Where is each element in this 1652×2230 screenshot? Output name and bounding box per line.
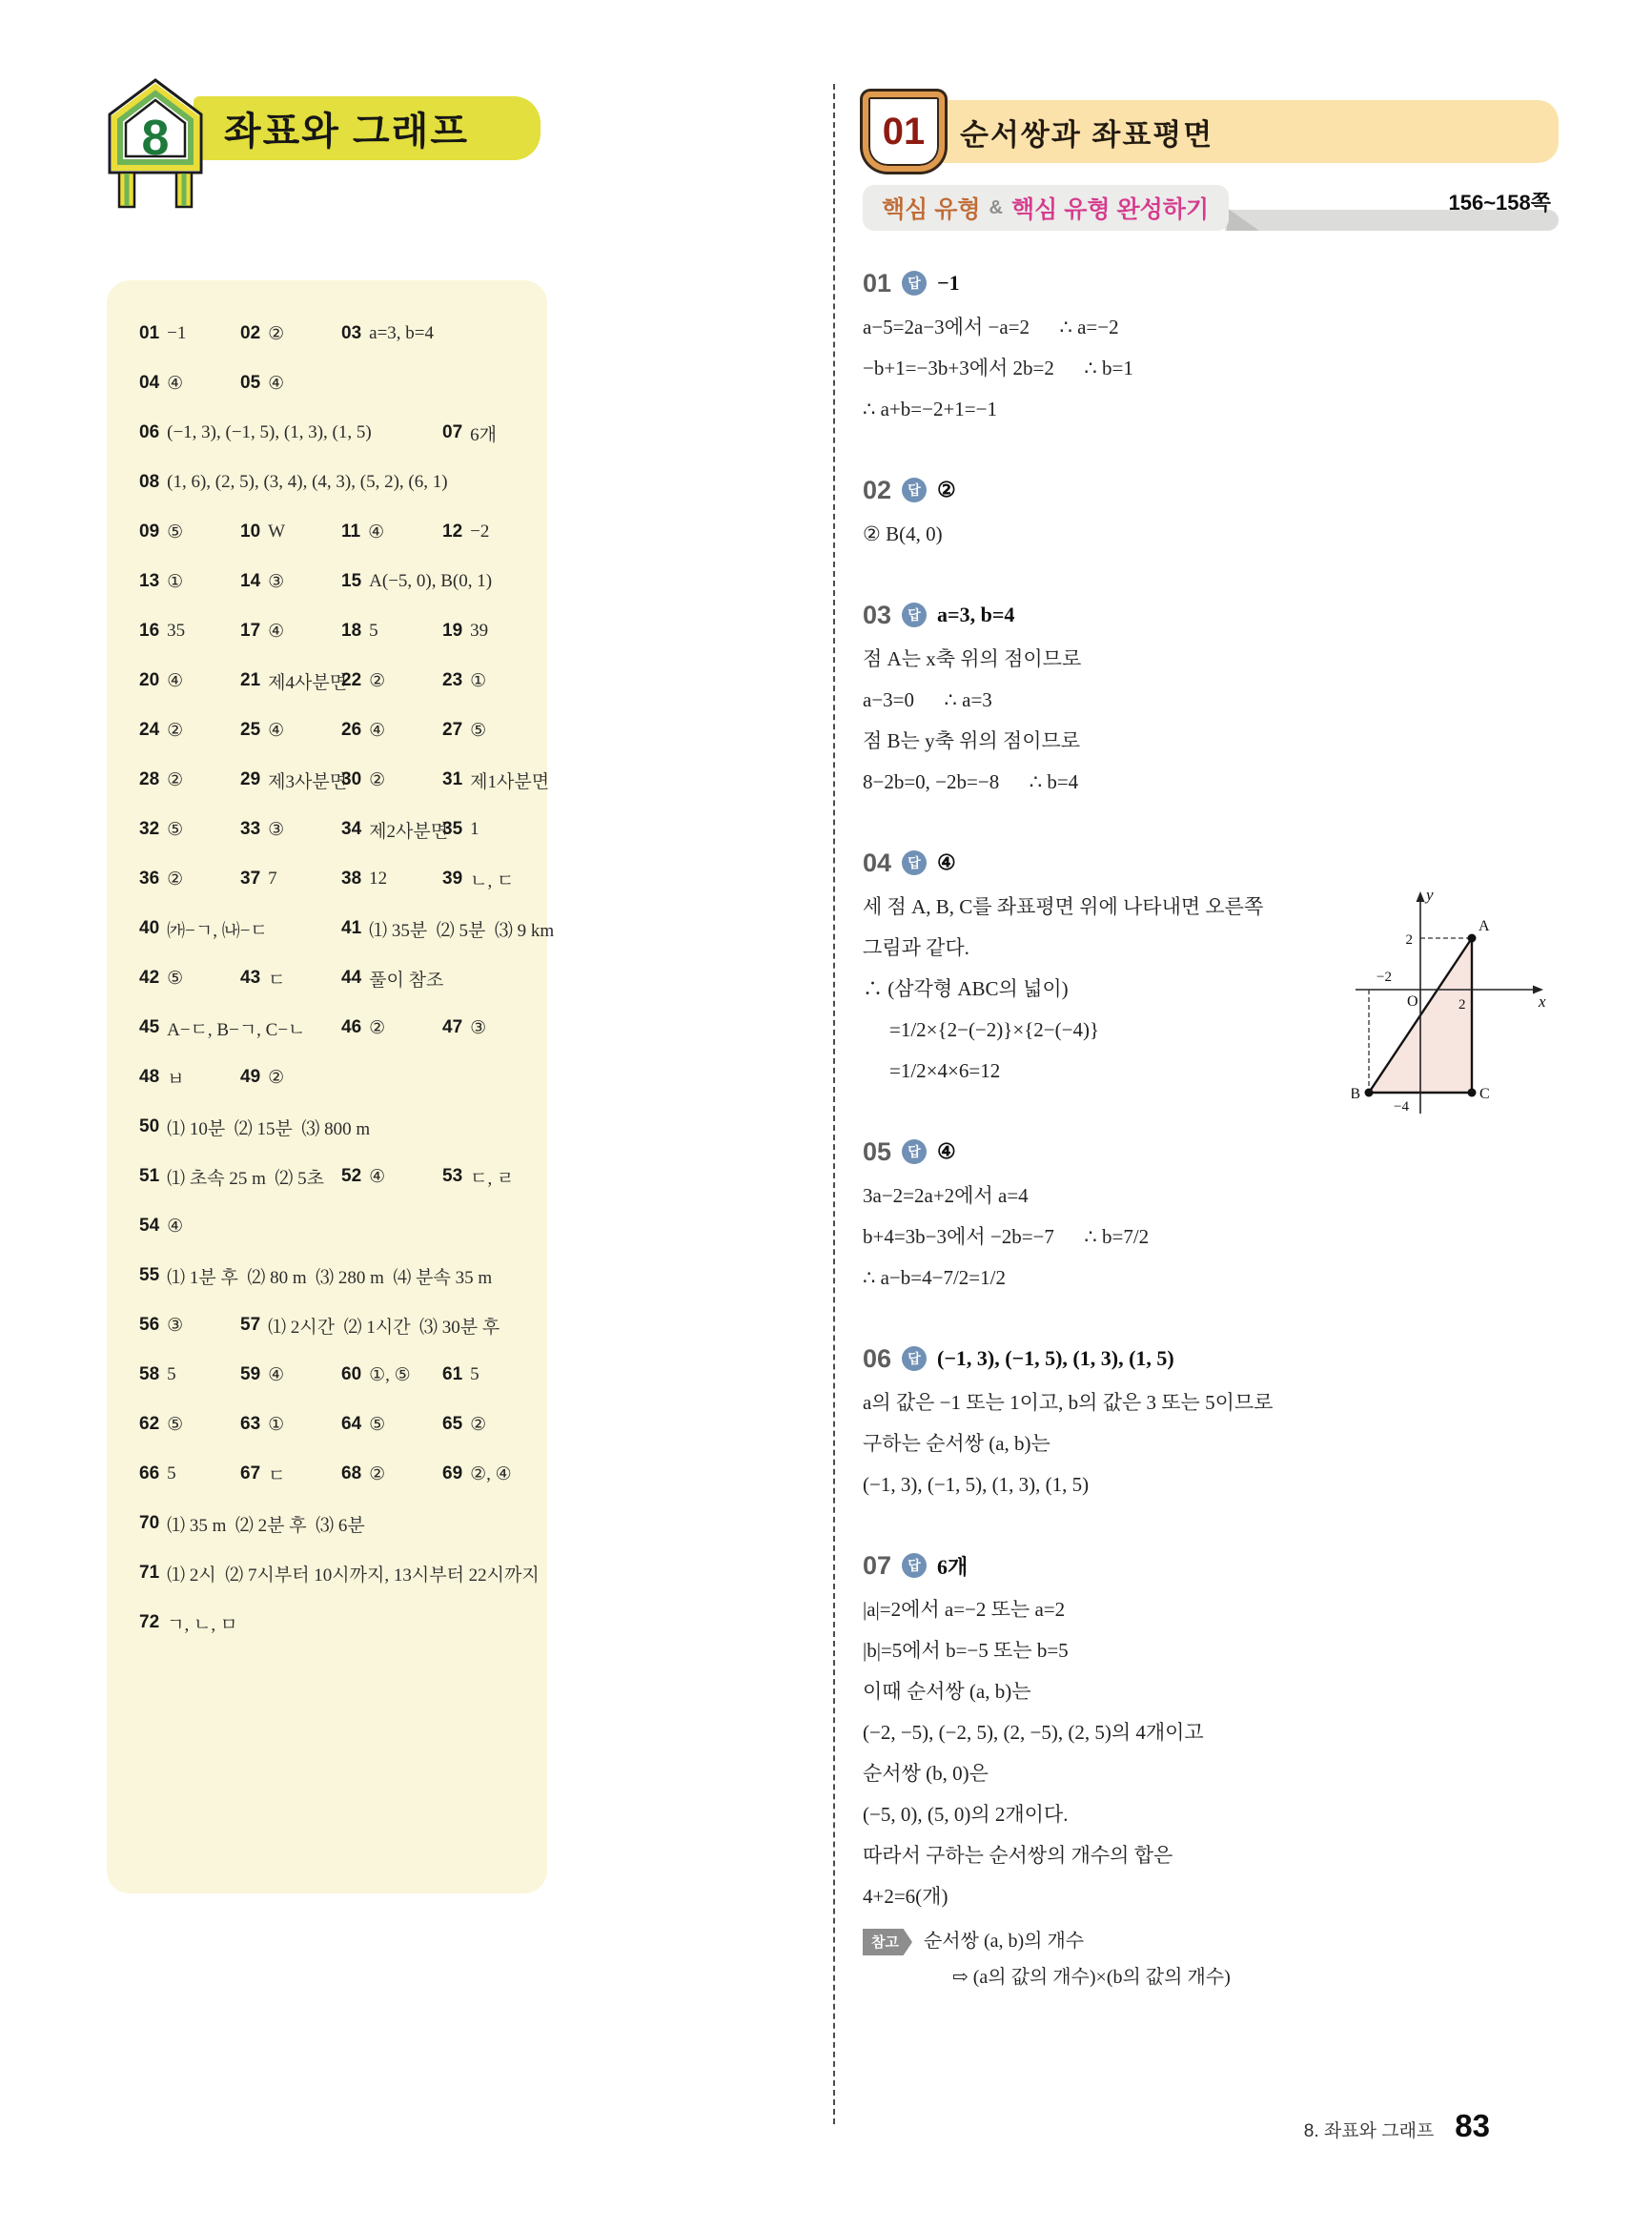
note-line: 순서쌍 (a, b)의 개수 <box>924 1923 1231 1959</box>
answer-item: 71 ⑴ 2시 ⑵ 7시부터 10시까지, 13시부터 22시까지 <box>139 1548 543 1598</box>
solution-head: 02 답 ② <box>863 474 1559 506</box>
answer-item: 11 ④ <box>341 507 442 557</box>
answer-value: ④ <box>167 1216 183 1238</box>
answer-value: ⑴ 초속 25 m ⑵ 5초 <box>167 1164 324 1190</box>
final-answer: a=3, b=4 <box>937 603 1014 627</box>
answer-value: ④ <box>268 720 284 742</box>
answer-value: 제3사분면 <box>268 767 347 793</box>
answer-number: 60 <box>341 1364 361 1385</box>
solution-line: (−2, −5), (−2, 5), (2, −5), (2, 5)의 4개이고 <box>863 1712 1559 1753</box>
answer-item: 66 5 <box>139 1449 240 1499</box>
label-b: B <box>1352 1086 1360 1102</box>
answer-item: 41 ⑴ 35분 ⑵ 5분 ⑶ 9 km <box>341 904 543 953</box>
solution-line: 이때 순서쌍 (a, b)는 <box>863 1671 1559 1712</box>
problem-number: 06 <box>863 1344 891 1374</box>
answer-badge: 답 <box>902 271 927 296</box>
answer-item: 59 ④ <box>240 1350 341 1400</box>
answer-value: ② <box>167 869 183 890</box>
answer-number: 13 <box>139 571 159 592</box>
answer-number: 39 <box>442 869 462 890</box>
answer-value: ⑴ 2시 ⑵ 7시부터 10시까지, 13시부터 22시까지 <box>167 1561 540 1586</box>
answer-item: 55 ⑴ 1분 후 ⑵ 80 m ⑶ 280 m ⑷ 분속 35 m <box>139 1251 543 1300</box>
answer-number: 02 <box>240 323 260 344</box>
answer-item: 14 ③ <box>240 557 341 606</box>
problem-number: 07 <box>863 1551 891 1581</box>
answer-item: 16 35 <box>139 606 240 656</box>
answer-number: 57 <box>240 1315 260 1336</box>
answer-item: 48 ㅂ <box>139 1053 240 1102</box>
answer-item: 22 ② <box>341 656 442 706</box>
point-b <box>1365 1089 1374 1097</box>
answer-item: 28 ② <box>139 755 240 805</box>
answer-item: 68 ② <box>341 1449 442 1499</box>
answer-value: ④ <box>167 670 183 692</box>
answer-value: ② <box>369 1017 385 1039</box>
answer-number: 44 <box>341 968 361 989</box>
answer-value: ㄷ <box>268 1462 285 1487</box>
answer-number: 05 <box>240 373 260 394</box>
answer-number: 69 <box>442 1463 462 1484</box>
answer-item: 36 ② <box>139 854 240 904</box>
answer-item: 23 ① <box>442 656 543 706</box>
answer-value: ② <box>167 769 183 791</box>
solution-head: 03 답 a=3, b=4 <box>863 599 1559 631</box>
answer-number: 45 <box>139 1017 159 1038</box>
answer-item: 17 ④ <box>240 606 341 656</box>
solution-01: 01 답 −1 a−5=2a−3에서 −a=2 ∴ a=−2−b+1=−3b+3… <box>863 267 1559 430</box>
answer-value: ①, ⑤ <box>369 1364 411 1386</box>
answer-value: 제2사분면 <box>369 817 448 843</box>
answer-number: 08 <box>139 472 159 493</box>
answer-number: 29 <box>240 769 260 790</box>
page-footer: 8. 좌표와 그래프 83 <box>1304 2108 1490 2144</box>
answer-value: −1 <box>167 323 186 344</box>
solutions-list: 01 답 −1 a−5=2a−3에서 −a=2 ∴ a=−2−b+1=−3b+3… <box>863 267 1559 1995</box>
answer-item: 30 ② <box>341 755 442 805</box>
solution-head: 07 답 6개 <box>863 1549 1559 1582</box>
answer-item: 46 ② <box>341 1003 442 1053</box>
answer-value: ② <box>268 323 284 345</box>
answer-value: ⑤ <box>167 968 183 990</box>
answer-number: 07 <box>442 422 462 443</box>
answer-number: 42 <box>139 968 159 989</box>
footer-chapter-title: 8. 좌표와 그래프 <box>1304 2117 1435 2142</box>
answer-item: 49 ② <box>240 1053 543 1102</box>
answer-item: 53 ㄷ, ㄹ <box>442 1152 543 1201</box>
answers-grid: 01 −1 02 ② 03 a=3, b=4 04 ④ <box>139 309 545 1647</box>
answer-value: ㅂ <box>167 1065 184 1091</box>
answer-number: 19 <box>442 621 462 642</box>
type-bar: 핵심 유형 & 핵심 유형 완성하기 156~158쪽 <box>863 185 1559 231</box>
tick-x2: 2 <box>1458 997 1466 1013</box>
answer-item: 42 ⑤ <box>139 953 240 1003</box>
answer-item: 51 ⑴ 초속 25 m ⑵ 5초 <box>139 1152 341 1201</box>
answer-number: 16 <box>139 621 159 642</box>
answer-item: 47 ③ <box>442 1003 543 1053</box>
answer-value: ④ <box>369 1166 385 1188</box>
answer-number: 18 <box>341 621 361 642</box>
answer-item: 01 −1 <box>139 309 240 358</box>
answer-item: 69 ②, ④ <box>442 1449 543 1499</box>
answer-number: 52 <box>341 1166 361 1187</box>
answer-number: 65 <box>442 1414 462 1435</box>
answer-item: 13 ① <box>139 557 240 606</box>
answer-value: ⑴ 35분 ⑵ 5분 ⑶ 9 km <box>369 916 554 942</box>
answer-item: 21 제4사분면 <box>240 656 341 706</box>
solution-line: a−3=0 ∴ a=3 <box>863 680 1559 721</box>
answer-number: 17 <box>240 621 260 642</box>
answer-item: 25 ④ <box>240 706 341 755</box>
solution-07: 07 답 6개 |a|=2에서 a=−2 또는 a=2|b|=5에서 b=−5 … <box>863 1549 1559 1995</box>
answer-number: 32 <box>139 819 159 840</box>
type-label-core: 핵심 유형 <box>882 191 981 225</box>
answer-number: 28 <box>139 769 159 790</box>
solution-line: b+4=3b−3에서 −2b=−7 ∴ b=7/2 <box>863 1217 1559 1258</box>
solution-line: ∴ (삼각형 ABC의 넓이) <box>863 969 1345 1010</box>
answer-item: 62 ⑤ <box>139 1400 240 1449</box>
final-answer: ② <box>937 478 956 502</box>
answer-badge: 답 <box>902 1553 927 1578</box>
tick-y2: 2 <box>1406 932 1414 948</box>
answer-number: 11 <box>341 522 360 542</box>
answer-item: 35 1 <box>442 805 543 854</box>
answer-number: 38 <box>341 869 361 890</box>
type-pill: 핵심 유형 & 핵심 유형 완성하기 <box>863 185 1229 231</box>
answer-number: 51 <box>139 1166 159 1187</box>
quick-answer-panel: 01 −1 02 ② 03 a=3, b=4 04 ④ <box>107 280 547 1893</box>
answer-number: 04 <box>139 373 159 394</box>
problem-number: 02 <box>863 476 891 505</box>
type-label-complete: 핵심 유형 완성하기 <box>1011 191 1209 225</box>
answer-number: 27 <box>442 720 462 741</box>
answer-value: ④ <box>268 1364 284 1386</box>
chapter-badge: 8 <box>105 76 206 214</box>
answer-item: 19 39 <box>442 606 543 656</box>
solution-06: 06 답 (−1, 3), (−1, 5), (1, 3), (1, 5) a의… <box>863 1342 1559 1505</box>
answer-value: W <box>268 522 285 542</box>
solution-line: ② B(4, 0) <box>863 514 1559 555</box>
answer-item: 72 ㄱ, ㄴ, ㅁ <box>139 1598 543 1647</box>
solution-line: 점 A는 x축 위의 점이므로 <box>863 639 1559 680</box>
answer-item: 67 ㄷ <box>240 1449 341 1499</box>
answer-number: 03 <box>341 323 361 344</box>
solution-04: 04 답 ④ 세 점 A, B, C를 좌표평면 위에 나타내면 오른쪽그림과 … <box>863 847 1559 1092</box>
answer-value: ② <box>470 1414 486 1436</box>
answer-value: ⑴ 35 m ⑵ 2분 후 ⑶ 6분 <box>167 1511 365 1537</box>
x-axis-label: x <box>1538 992 1546 1011</box>
answer-value: ㄷ <box>268 966 285 992</box>
answer-number: 20 <box>139 670 159 691</box>
solution-03: 03 답 a=3, b=4 점 A는 x축 위의 점이므로a−3=0 ∴ a=3… <box>863 599 1559 803</box>
answer-number: 49 <box>240 1067 260 1088</box>
solution-line: 구하는 순서쌍 (a, b)는 <box>863 1423 1559 1464</box>
answer-value: ② <box>369 1463 385 1485</box>
answer-number: 43 <box>240 968 260 989</box>
answer-number: 30 <box>341 769 361 790</box>
answer-item: 10 W <box>240 507 341 557</box>
answer-number: 23 <box>442 670 462 691</box>
answer-item: 03 a=3, b=4 <box>341 309 543 358</box>
answer-item: 20 ④ <box>139 656 240 706</box>
answer-number: 21 <box>240 670 260 691</box>
answer-item: 31 제1사분면 <box>442 755 543 805</box>
answer-number: 47 <box>442 1017 462 1038</box>
answer-value: 제4사분면 <box>268 668 347 694</box>
answer-number: 10 <box>240 522 260 542</box>
answer-item: 43 ㄷ <box>240 953 341 1003</box>
note-badge: 참고 <box>863 1929 912 1955</box>
answer-number: 24 <box>139 720 159 741</box>
solutions-column: 순서쌍과 좌표평면 01 핵심 유형 & 핵심 유형 완성하기 156~158쪽… <box>863 92 1559 2039</box>
answer-number: 34 <box>341 819 361 840</box>
answer-value: 5 <box>167 1364 176 1385</box>
answer-badge: 답 <box>902 850 927 875</box>
final-answer: (−1, 3), (−1, 5), (1, 3), (1, 5) <box>937 1346 1174 1371</box>
answer-item: 32 ⑤ <box>139 805 240 854</box>
answer-value: ① <box>268 1414 284 1436</box>
answer-value: 5 <box>470 1364 479 1385</box>
answer-number: 70 <box>139 1513 159 1534</box>
answer-value: ③ <box>268 819 284 841</box>
solution-line: 따라서 구하는 순서쌍의 개수의 합은 <box>863 1835 1559 1876</box>
answer-value: ⑤ <box>167 522 183 543</box>
solution-line: −b+1=−3b+3에서 2b=2 ∴ b=1 <box>863 348 1559 389</box>
answer-item: 18 5 <box>341 606 442 656</box>
answer-value: ④ <box>167 373 183 395</box>
solution-line: =1/2×{2−(−2)}×{2−(−4)} <box>863 1010 1345 1051</box>
answer-value: 7 <box>268 869 277 890</box>
answer-item: 39 ㄴ, ㄷ <box>442 854 543 904</box>
answer-item: 60 ①, ⑤ <box>341 1350 442 1400</box>
answer-value: (−1, 3), (−1, 5), (1, 3), (1, 5) <box>167 422 372 443</box>
answer-item: 08 (1, 6), (2, 5), (3, 4), (4, 3), (5, 2… <box>139 458 543 507</box>
y-axis-arrow <box>1417 891 1425 902</box>
answer-item: 27 ⑤ <box>442 706 543 755</box>
answer-value: a=3, b=4 <box>369 323 434 344</box>
solution-line: |b|=5에서 b=−5 또는 b=5 <box>863 1630 1559 1671</box>
solution-line: 순서쌍 (b, 0)은 <box>863 1753 1559 1794</box>
answer-value: ②, ④ <box>470 1463 512 1485</box>
answer-value: ⑴ 1분 후 ⑵ 80 m ⑶ 280 m ⑷ 분속 35 m <box>167 1263 492 1289</box>
answer-item: 56 ③ <box>139 1300 240 1350</box>
coordinate-plane-diagram: y x O 2 −2 2 −4 A B C <box>1352 885 1547 1123</box>
answer-number: 09 <box>139 522 159 542</box>
solution-line: 점 B는 y축 위의 점이므로 <box>863 721 1559 762</box>
answer-number: 72 <box>139 1612 159 1633</box>
answer-value: 12 <box>369 869 387 890</box>
solution-head: 06 답 (−1, 3), (−1, 5), (1, 3), (1, 5) <box>863 1342 1559 1375</box>
answer-number: 62 <box>139 1414 159 1435</box>
answer-value: ③ <box>167 1315 183 1337</box>
answer-number: 50 <box>139 1116 159 1137</box>
solution-02: 02 답 ② ② B(4, 0) <box>863 474 1559 555</box>
answer-number: 01 <box>139 323 159 344</box>
answer-value: ㄱ, ㄴ, ㅁ <box>167 1610 237 1636</box>
origin-label: O <box>1407 993 1418 1010</box>
solution-line: ∴ a−b=4−7/2=1/2 <box>863 1258 1559 1299</box>
answer-value: ① <box>470 670 486 692</box>
answer-item: 09 ⑤ <box>139 507 240 557</box>
answer-value: 풀이 참조 <box>369 966 443 992</box>
answer-number: 25 <box>240 720 260 741</box>
answer-item: 65 ② <box>442 1400 543 1449</box>
solution-line: a−5=2a−3에서 −a=2 ∴ a=−2 <box>863 307 1559 348</box>
answer-number: 67 <box>240 1463 260 1484</box>
answer-value: ③ <box>470 1017 486 1039</box>
answer-value: 제1사분면 <box>470 767 549 793</box>
note-lines: 순서쌍 (a, b)의 개수 ⇨ (a의 값의 개수)×(b의 값의 개수) <box>924 1923 1231 1995</box>
answer-number: 26 <box>341 720 361 741</box>
problem-number: 04 <box>863 849 891 878</box>
answer-item: 24 ② <box>139 706 240 755</box>
solution-05: 05 답 ④ 3a−2=2a+2에서 a=4b+4=3b−3에서 −2b=−7 … <box>863 1135 1559 1299</box>
answer-value: ④ <box>369 720 385 742</box>
answer-item: 07 6개 <box>442 408 543 458</box>
answer-item: 45 A−ㄷ, B−ㄱ, C−ㄴ <box>139 1003 341 1053</box>
answer-item: 02 ② <box>240 309 341 358</box>
answer-value: ④ <box>268 621 284 643</box>
answer-number: 48 <box>139 1067 159 1088</box>
page-range: 156~158쪽 <box>1448 187 1551 216</box>
answer-value: ⑴ 10분 ⑵ 15분 ⑶ 800 m <box>167 1115 370 1140</box>
answer-number: 35 <box>442 819 462 840</box>
answer-value: ① <box>167 571 183 593</box>
answer-value: 5 <box>167 1463 176 1484</box>
answer-number: 41 <box>341 918 361 939</box>
label-a: A <box>1479 918 1490 934</box>
answer-badge: 답 <box>902 1346 927 1371</box>
answer-number: 71 <box>139 1563 159 1584</box>
point-a <box>1468 934 1477 943</box>
answer-value: ④ <box>368 522 384 543</box>
answer-value: ㄷ, ㄹ <box>470 1164 514 1190</box>
answer-item: 12 −2 <box>442 507 543 557</box>
answer-item: 05 ④ <box>240 358 543 408</box>
tick-y-minus4: −4 <box>1394 1099 1409 1115</box>
answer-value: A(−5, 0), B(0, 1) <box>369 571 492 592</box>
answer-number: 53 <box>442 1166 462 1187</box>
solution-line: 4+2=6(개) <box>863 1876 1559 1917</box>
chapter-title-bar: 좌표와 그래프 <box>194 96 540 160</box>
answer-value: A−ㄷ, B−ㄱ, C−ㄴ <box>167 1015 305 1041</box>
answer-number: 31 <box>442 769 462 790</box>
answer-item: 29 제3사분면 <box>240 755 341 805</box>
solution-line: (−5, 0), (5, 0)의 2개이다. <box>863 1794 1559 1835</box>
answer-value: ② <box>167 720 183 742</box>
answer-value: ⑴ 2시간 ⑵ 1시간 ⑶ 30분 후 <box>268 1313 500 1339</box>
answer-number: 37 <box>240 869 260 890</box>
answer-badge: 답 <box>902 603 927 627</box>
answer-number: 64 <box>341 1414 361 1435</box>
answer-number: 06 <box>139 422 159 443</box>
answer-number: 59 <box>240 1364 260 1385</box>
answer-value: ② <box>268 1067 284 1089</box>
note-line: ⇨ (a의 값의 개수)×(b의 값의 개수) <box>924 1959 1231 1995</box>
answer-number: 46 <box>341 1017 361 1038</box>
answer-number: 40 <box>139 918 159 939</box>
answer-item: 54 ④ <box>139 1201 543 1251</box>
chapter-number: 8 <box>142 111 170 166</box>
solution-line: 세 점 A, B, C를 좌표평면 위에 나타내면 오른쪽 <box>863 887 1345 928</box>
answer-value: ⑤ <box>369 1414 385 1436</box>
final-answer: ④ <box>937 850 956 875</box>
solution-line: 그림과 같다. <box>863 928 1345 969</box>
answer-item: 44 풀이 참조 <box>341 953 543 1003</box>
answer-number: 33 <box>240 819 260 840</box>
answer-item: 57 ⑴ 2시간 ⑵ 1시간 ⑶ 30분 후 <box>240 1300 543 1350</box>
answer-item: 63 ① <box>240 1400 341 1449</box>
answer-number: 22 <box>341 670 361 691</box>
answer-value: 35 <box>167 621 185 642</box>
answer-item: 37 7 <box>240 854 341 904</box>
answer-badge: 답 <box>902 1139 927 1164</box>
answer-value: ② <box>369 769 385 791</box>
answer-badge: 답 <box>902 478 927 502</box>
answer-item: 38 12 <box>341 854 442 904</box>
answer-value: −2 <box>470 522 489 542</box>
answer-number: 68 <box>341 1463 361 1484</box>
chapter-title: 좌표와 그래프 <box>224 101 469 155</box>
answer-value: 5 <box>369 621 378 642</box>
final-answer: −1 <box>937 271 960 296</box>
answer-number: 12 <box>442 522 462 542</box>
answer-item: 61 5 <box>442 1350 543 1400</box>
answer-value: (1, 6), (2, 5), (3, 4), (4, 3), (5, 2), … <box>167 472 447 493</box>
solution-head: 01 답 −1 <box>863 267 1559 299</box>
answer-value: ② <box>369 670 385 692</box>
point-c <box>1468 1089 1477 1097</box>
unit-number-badge: 01 <box>863 92 945 172</box>
answer-number: 58 <box>139 1364 159 1385</box>
answer-value: ㄴ, ㄷ <box>470 867 514 892</box>
answer-item: 40 ㈎−ㄱ, ㈏−ㄷ <box>139 904 341 953</box>
answer-item: 58 5 <box>139 1350 240 1400</box>
solution-line: 8−2b=0, −2b=−8 ∴ b=4 <box>863 762 1559 803</box>
tick-x-minus2: −2 <box>1377 970 1392 985</box>
answer-number: 54 <box>139 1216 159 1237</box>
answer-item: 15 A(−5, 0), B(0, 1) <box>341 557 543 606</box>
answer-value: ⑤ <box>167 1414 183 1436</box>
solution-head: 05 답 ④ <box>863 1135 1559 1168</box>
answer-value: 39 <box>470 621 488 642</box>
solution-line: |a|=2에서 a=−2 또는 a=2 <box>863 1589 1559 1630</box>
answer-value: 6개 <box>470 420 497 446</box>
answer-item: 70 ⑴ 35 m ⑵ 2분 후 ⑶ 6분 <box>139 1499 543 1548</box>
answer-number: 55 <box>139 1265 159 1286</box>
page-number: 83 <box>1455 2108 1490 2144</box>
problem-number: 01 <box>863 269 891 298</box>
answer-number: 63 <box>240 1414 260 1435</box>
final-answer: 6개 <box>937 1551 968 1581</box>
answer-number: 15 <box>341 571 361 592</box>
answer-value: ㈎−ㄱ, ㈏−ㄷ <box>167 916 268 942</box>
answer-item: 52 ④ <box>341 1152 442 1201</box>
textbook-answer-page: 8 좌표와 그래프 01 −1 02 ② 03 a=3, b=4 <box>0 0 1652 2230</box>
answer-value: ⑤ <box>167 819 183 841</box>
unit-title: 순서쌍과 좌표평면 <box>960 100 1214 163</box>
answer-value: ⑤ <box>470 720 486 742</box>
answer-item: 06 (−1, 3), (−1, 5), (1, 3), (1, 5) <box>139 408 442 458</box>
answer-number: 61 <box>442 1364 462 1385</box>
answer-value: ④ <box>268 373 284 395</box>
answer-value: ③ <box>268 571 284 593</box>
column-divider <box>833 84 835 2124</box>
solution-head: 04 답 ④ <box>863 847 1559 879</box>
type-ampersand: & <box>989 197 1003 219</box>
answer-item: 04 ④ <box>139 358 240 408</box>
final-answer: ④ <box>937 1139 956 1164</box>
solution-line: =1/2×4×6=12 <box>863 1051 1345 1092</box>
